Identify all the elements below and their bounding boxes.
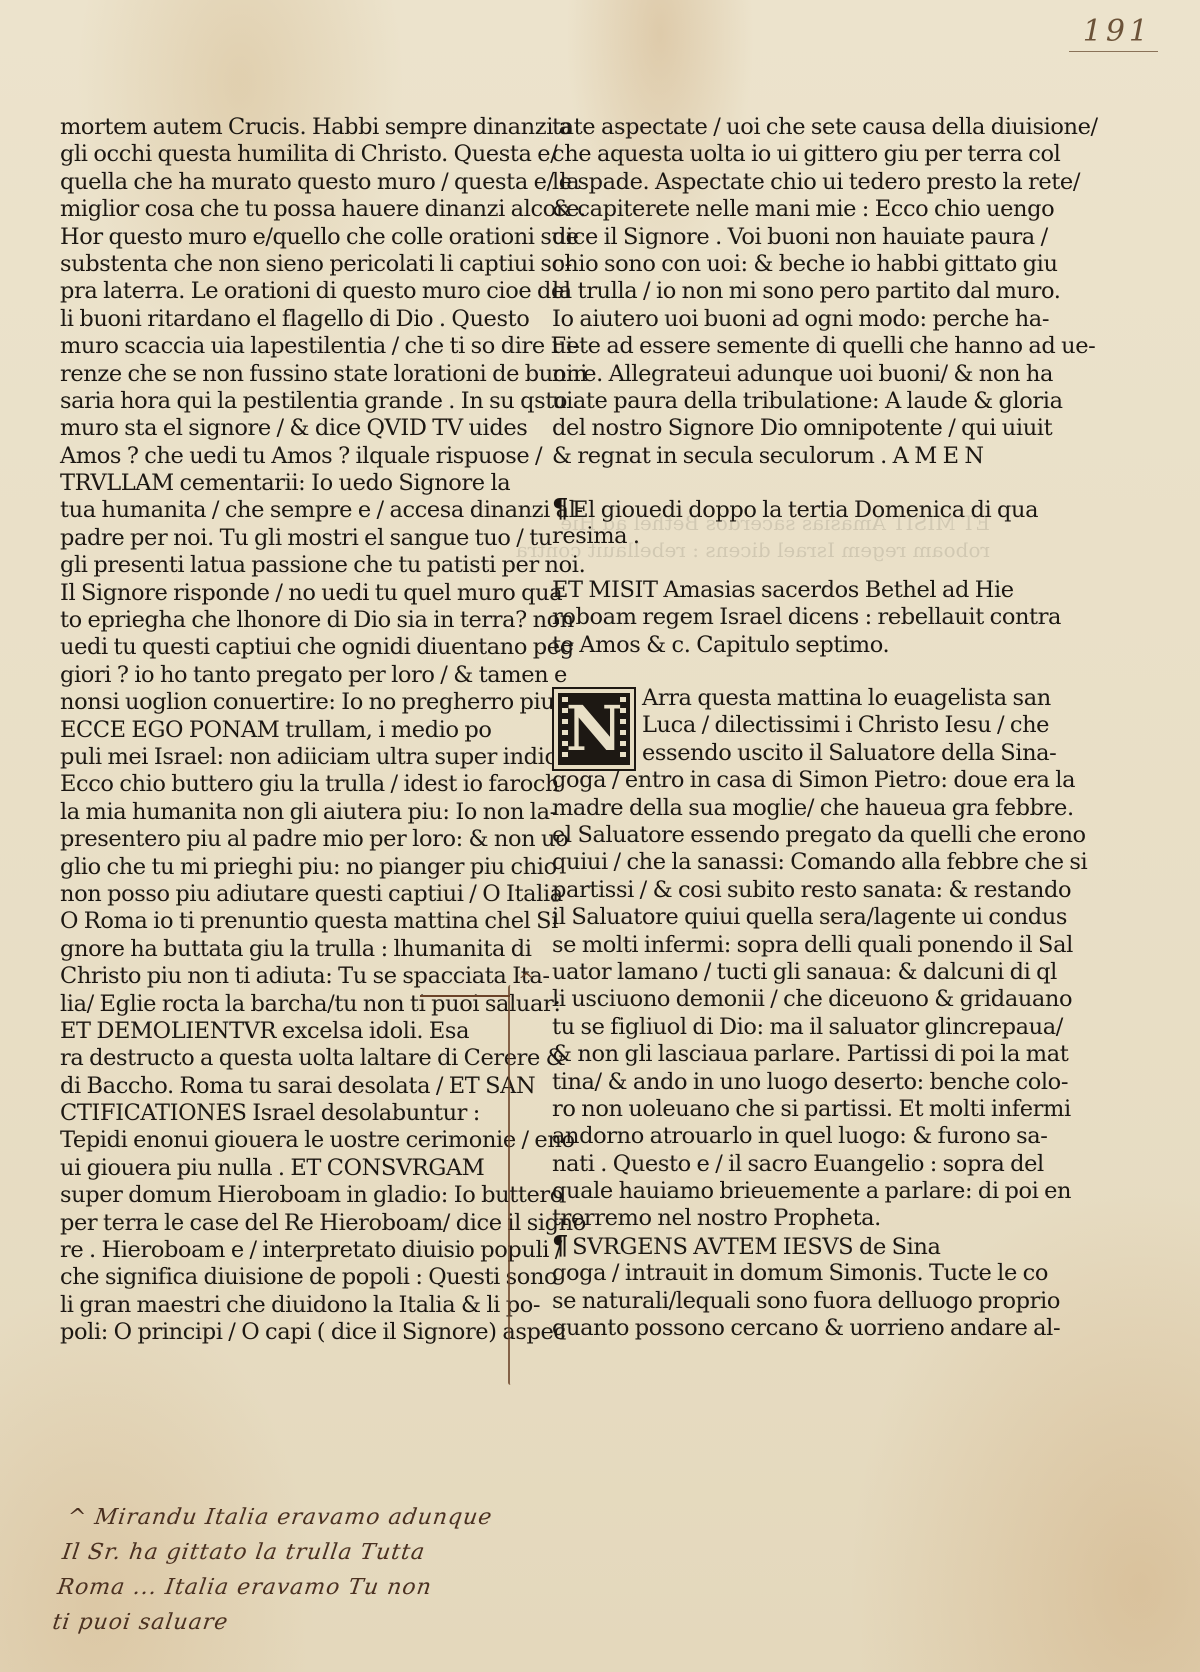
text-line: goga / intrauit in domum Simonis. Tucte … [552, 1260, 992, 1287]
text-line: chio sono con uoi: & beche io habbi gitt… [552, 251, 992, 278]
text-line: tua humanita / che sempre e / accesa din… [60, 497, 505, 524]
text-line: quanto possono cercano & uorrieno andare… [552, 1315, 992, 1342]
text-line: ui giouera piu nulla . ET CONSVRGAM [60, 1155, 505, 1182]
manuscript-caret-mark: ^ [518, 968, 535, 992]
handwritten-line: ^ Mirandu Italia eravamo adunque [65, 1500, 570, 1535]
text-line: Christo piu non ti adiuta: Tu se spaccia… [60, 963, 505, 990]
text-line: andorno atrouarlo in quel luogo: & furon… [552, 1123, 992, 1150]
text-line: goga / entro in casa di Simon Pietro: do… [552, 767, 992, 794]
text-line: dice il Signore . Voi buoni non hauiate … [552, 224, 992, 251]
text-line: li usciuono demonii / che diceuono & gri… [552, 986, 992, 1013]
text-line: ET MISIT Amasias sacerdos Bethel ad Hie [552, 577, 992, 604]
manuscript-underline [420, 995, 510, 997]
text-line: O Roma io ti prenuntio questa mattina ch… [60, 908, 505, 935]
decorated-initial-n: N [552, 687, 636, 771]
text-line: il Saluatore quiui quella sera/lagente u… [552, 904, 992, 931]
text-line: Tepidi enonui giouera le uostre cerimoni… [60, 1127, 505, 1154]
text-line: nire. Allegrateui adunque uoi buoni/ & n… [552, 361, 992, 388]
text-line: glio che tu mi prieghi piu: no pianger p… [60, 854, 505, 881]
text-line: resima . [552, 523, 992, 550]
text-line: ra destructo a questa uolta laltare di C… [60, 1045, 505, 1072]
text-line: non posso piu adiutare questi captiui / … [60, 881, 505, 908]
text-line: puli mei Israel: non adiiciam ultra supe… [60, 744, 505, 771]
text-line: partissi / & cosi subito resto sanata: &… [552, 877, 992, 904]
initial-letter: N [566, 698, 622, 760]
manuscript-margin-bracket [508, 985, 513, 1385]
text-line: presentero piu al padre mio per loro: & … [60, 826, 505, 853]
text-line: & capiterete nelle mani mie : Ecco chio … [552, 196, 992, 223]
final-paragraph: ¶SVRGENS AVTEM IESVS de Sina goga / intr… [552, 1233, 992, 1343]
text-line: & regnat in secula seculorum . A M E N [552, 443, 992, 470]
text-line: Il Signore risponde / no uedi tu quel mu… [60, 580, 505, 607]
text-line: del nostro Signore Dio omnipotente / qui… [552, 415, 992, 442]
text-line: padre per noi. Tu gli mostri el sangue t… [60, 525, 505, 552]
rubric-text: El giouedi doppo la tertia Domenica di q… [572, 497, 1038, 523]
text-line: gli presenti latua passione che tu patis… [60, 552, 505, 579]
text-line: quiui / che la sanassi: Comando alla feb… [552, 849, 992, 876]
text-line: quale hauiamo brieuemente a parlare: di … [552, 1178, 992, 1205]
text-line: uiate paura della tribulatione: A laude … [552, 388, 992, 415]
text-line: muro sta el signore / & dice QVID TV uid… [60, 415, 505, 442]
text-line: di Baccho. Roma tu sarai desolata / ET S… [60, 1073, 505, 1100]
spacer [552, 551, 992, 577]
text-line: re . Hieroboam e / interpretato diuisio … [60, 1237, 505, 1264]
text-line: per terra le case del Re Hieroboam/ dice… [60, 1210, 505, 1237]
text-line: to epriegha che lhonore di Dio sia in te… [60, 607, 505, 634]
pilcrow-icon: ¶ [552, 1231, 568, 1261]
text-line: TRVLLAM cementarii: Io uedo Signore la [60, 470, 505, 497]
spacer [552, 470, 992, 496]
text-line: mortem autem Crucis. Habbi sempre dinanz… [60, 114, 505, 141]
text-line: el Saluatore essendo pregato da quelli c… [552, 822, 992, 849]
text-line: madre della sua moglie/ che haueua gra f… [552, 795, 992, 822]
initial-border-ornament [562, 697, 568, 761]
handwritten-line: Il Sr. ha gittato la trulla Tutta [60, 1535, 565, 1570]
text-line: saria hora qui la pestilentia grande . I… [60, 388, 505, 415]
text-line: pra laterra. Le orationi di questo muro … [60, 278, 505, 305]
text-line: ECCE EGO PONAM trullam, i medio po [60, 717, 505, 744]
spacer [552, 659, 992, 685]
text-line: te Amos & c. Capitulo septimo. [552, 632, 992, 659]
text-line: che aquesta uolta io ui gittero giu per … [552, 141, 992, 168]
text-line: uedi tu questi captiui che ognidi diuent… [60, 634, 505, 661]
final-heading-text: SVRGENS AVTEM IESVS de Sina [572, 1234, 940, 1260]
left-column: mortem autem Crucis. Habbi sempre dinanz… [60, 114, 505, 1347]
text-line: nati . Questo e / il sacro Euangelio : s… [552, 1151, 992, 1178]
text-line: nonsi uoglion conuertire: Io no pregherr… [60, 689, 505, 716]
text-line: li gran maestri che diuidono la Italia &… [60, 1292, 505, 1319]
text-line: tate aspectate / uoi che sete causa dell… [552, 114, 992, 141]
text-line: Ecco chio buttero giu la trulla / idest … [60, 771, 505, 798]
text-line: super domum Hieroboam in gladio: Io butt… [60, 1182, 505, 1209]
text-line: se molti infermi: sopra delli quali pone… [552, 932, 992, 959]
text-line: poli: O principi / O capi ( dice il Sign… [60, 1319, 505, 1346]
text-line: la mia humanita non gli aiutera piu: Io … [60, 799, 505, 826]
handwritten-line: Roma ... Italia eravamo Tu non [55, 1570, 560, 1605]
text-line: le spade. Aspectate chio ui tedero prest… [552, 169, 992, 196]
text-line: ¶SVRGENS AVTEM IESVS de Sina [552, 1233, 992, 1260]
pilcrow-icon: ¶ [552, 494, 568, 524]
text-line: uator lamano / tucti gli sanaua: & dalcu… [552, 959, 992, 986]
text-line: & non gli lasciaua parlare. Partissi di … [552, 1041, 992, 1068]
text-line: se naturali/lequali sono fuora delluogo … [552, 1288, 992, 1315]
initial-border-ornament [620, 697, 626, 761]
handwritten-line: ti puoi saluare [50, 1605, 555, 1640]
text-line: ¶El giouedi doppo la tertia Domenica di … [552, 496, 992, 523]
text-line: Hor questo muro e/quello che colle orati… [60, 224, 505, 251]
folio-number: 191 [1069, 14, 1158, 52]
book-page: 191 ET MISIT Amasias sacerdos Bethel ad … [0, 0, 1200, 1672]
text-line: uete ad essere semente di quelli che han… [552, 333, 992, 360]
text-line: che significa diuisione de popoli : Ques… [60, 1264, 505, 1291]
text-line: muro scaccia uia lapestilentia / che ti … [60, 333, 505, 360]
text-line: quella che ha murato questo muro / quest… [60, 169, 505, 196]
text-line: li buoni ritardano el flagello di Dio . … [60, 306, 505, 333]
text-line: la trulla / io non mi sono pero partito … [552, 278, 992, 305]
text-line: Amos ? che uedi tu Amos ? ilquale rispuo… [60, 443, 505, 470]
text-line: gli occhi questa humilita di Christo. Qu… [60, 141, 505, 168]
text-line: ro non uoleuano che si partissi. Et molt… [552, 1096, 992, 1123]
text-line: Io aiutero uoi buoni ad ogni modo: perch… [552, 306, 992, 333]
text-line: gnore ha buttata giu la trulla : lhumani… [60, 936, 505, 963]
gospel-paragraph: N Arra questa mattina lo euagelista san … [552, 685, 992, 1233]
text-line: trerremo nel nostro Propheta. [552, 1205, 992, 1232]
handwritten-marginal-note: ^ Mirandu Italia eravamo adunque Il Sr. … [50, 1500, 570, 1640]
text-line: CTIFICATIONES Israel desolabuntur : [60, 1100, 505, 1127]
text-line: tina/ & ando in uno luogo deserto: bench… [552, 1069, 992, 1096]
text-line: tu se figliuol di Dio: ma il saluator gl… [552, 1014, 992, 1041]
text-line: renze che se non fussino state lorationi… [60, 361, 505, 388]
text-line: miglior cosa che tu possa hauere dinanzi… [60, 196, 505, 223]
text-line: giori ? io ho tanto pregato per loro / &… [60, 662, 505, 689]
text-line: ET DEMOLIENTVR excelsa idoli. Esa [60, 1018, 505, 1045]
scripture-citation: ET MISIT Amasias sacerdos Bethel ad Hie … [552, 577, 992, 659]
right-column: tate aspectate / uoi che sete causa dell… [552, 114, 992, 1342]
text-line: substenta che non sieno pericolati li ca… [60, 251, 505, 278]
text-line: roboam regem Israel dicens : rebellauit … [552, 604, 992, 631]
rubric-heading: ¶El giouedi doppo la tertia Domenica di … [552, 496, 992, 551]
